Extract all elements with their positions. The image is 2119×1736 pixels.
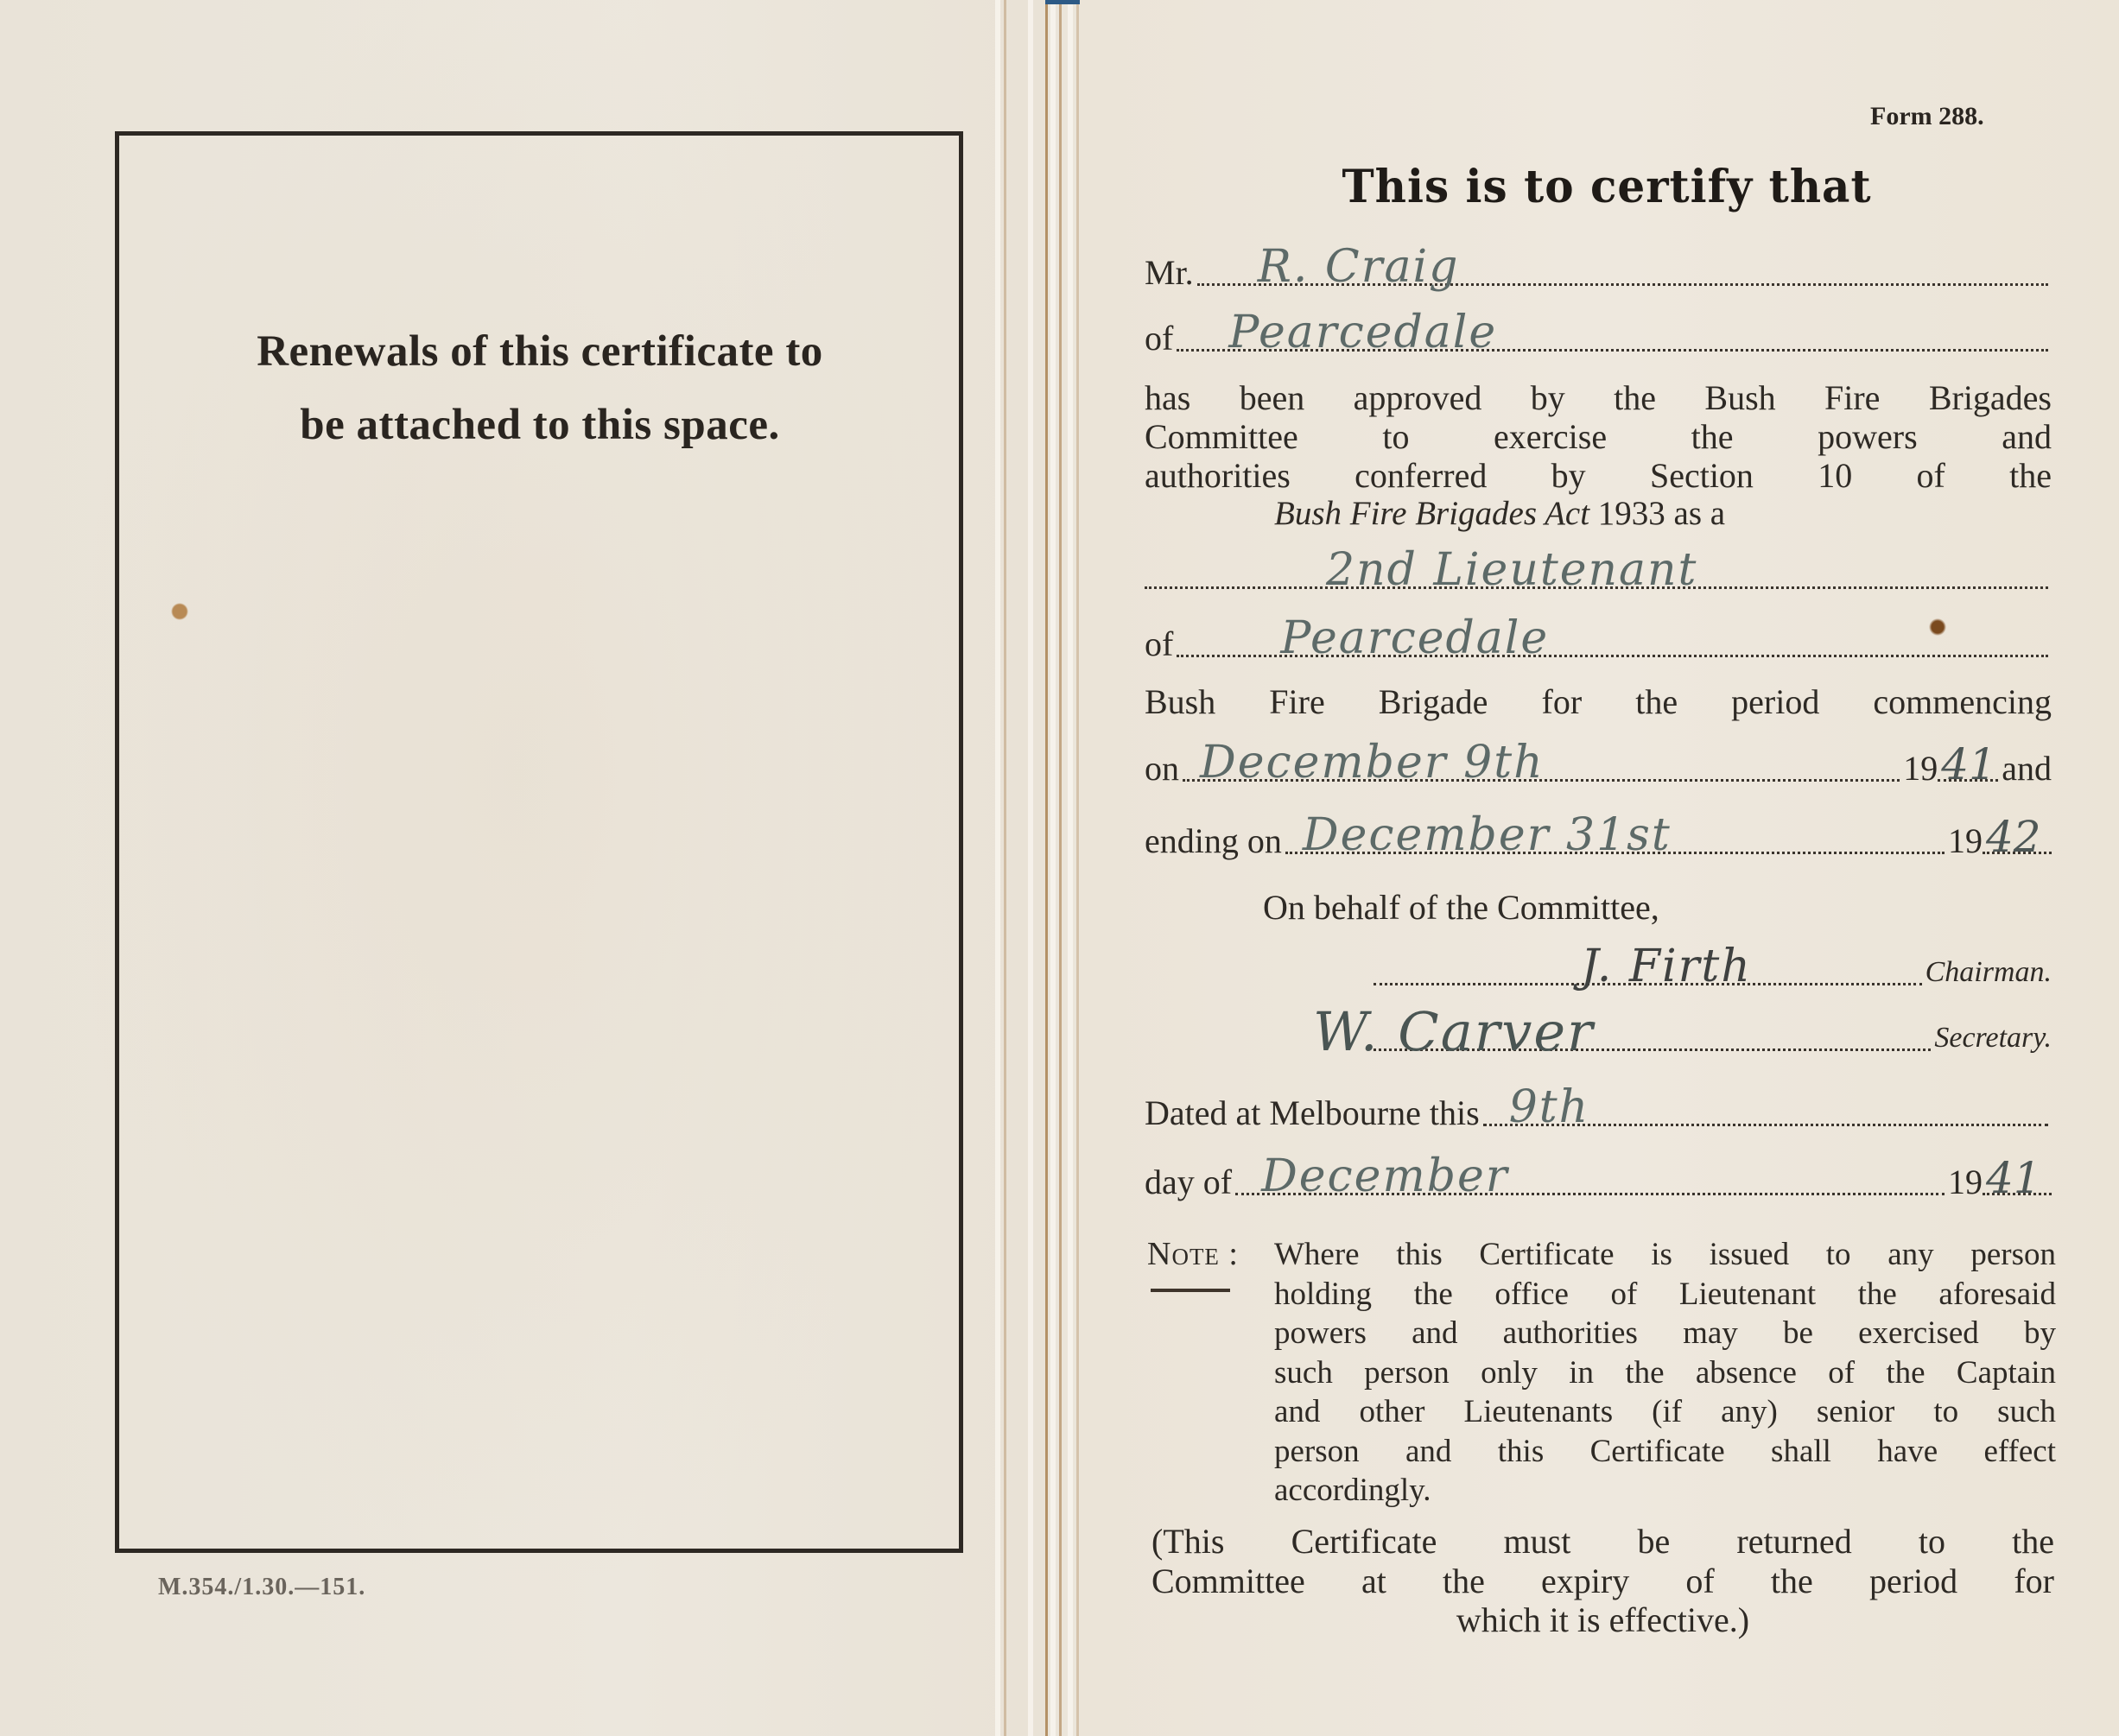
- field-ending-year-value: 42: [1986, 817, 2041, 857]
- act-reference: Bush Fire Brigades Act 1933 as a: [1274, 494, 1725, 533]
- field-ending-year-prefix: 19: [1948, 821, 1983, 861]
- field-day-of-year-line: 41: [1983, 1162, 2052, 1195]
- left-page: Renewals of this certificate to be attac…: [0, 0, 1045, 1736]
- field-rank-value: 2nd Lieutenant: [1326, 550, 1697, 590]
- return-instruction-line: which it is effective.): [1151, 1600, 2054, 1640]
- chairman-signature-line: J. Firth Chairman.: [1374, 952, 2052, 992]
- field-day-of-year-prefix: 19: [1948, 1163, 1983, 1202]
- field-day-of-label: day of: [1145, 1163, 1232, 1202]
- note-line: Where this Certificate is issued to any …: [1274, 1235, 2056, 1275]
- field-mr-label: Mr.: [1145, 253, 1194, 293]
- field-residence-line: Pearcedale: [1177, 318, 2048, 352]
- return-instruction-line: Committee at the expiry of the period fo…: [1151, 1562, 2054, 1601]
- field-dated-line: 9th: [1483, 1093, 2048, 1126]
- certificate-heading: This is to certify that: [1296, 160, 1918, 213]
- field-residence-label: of: [1145, 319, 1173, 358]
- field-commencing-year-line: 41: [1938, 748, 1998, 782]
- field-rank-line: 2nd Lieutenant: [1145, 555, 2048, 589]
- field-ending-year-line: 42: [1983, 820, 2052, 854]
- approval-text-line-2: Committee to exercise the powers and: [1145, 417, 2052, 456]
- note-line: holding the office of Lieutenant the afo…: [1274, 1275, 2056, 1315]
- note-underline: [1151, 1289, 1230, 1292]
- print-code: M.354./1.30.—151.: [158, 1574, 365, 1601]
- renewal-notice-line-1: Renewals of this certificate to: [155, 315, 924, 389]
- chairman-label: Chairman.: [1925, 953, 2052, 992]
- on-behalf-label: On behalf of the Committee,: [1263, 888, 1659, 928]
- chairman-signature-field: J. Firth: [1374, 952, 1922, 985]
- field-residence: of Pearcedale: [1145, 318, 2052, 358]
- note-line: powers and authorities may be exercised …: [1274, 1314, 2056, 1353]
- secretary-signature: W. Carver: [1313, 1012, 1595, 1052]
- field-commencing-year-value: 41: [1941, 744, 1996, 784]
- brigade-period-text: Bush Fire Brigade for the period commenc…: [1145, 682, 2052, 721]
- field-commencing-value: December 9th: [1200, 743, 1545, 782]
- note-line: such person only in the absence of the C…: [1274, 1353, 2056, 1393]
- secretary-signature-field: W. Carver: [1374, 1017, 1931, 1051]
- center-fold: [993, 0, 1088, 1736]
- return-instruction-line: (This Certificate must be returned to th…: [1151, 1522, 2054, 1562]
- field-dated-label: Dated at Melbourne this: [1145, 1093, 1480, 1133]
- form-number: Form 288.: [1870, 102, 1984, 131]
- field-brigade-value: Pearcedale: [1280, 618, 1549, 658]
- field-brigade-line: Pearcedale: [1177, 624, 2048, 657]
- field-mr-line: R. Craig: [1197, 252, 2048, 286]
- note-line: accordingly.: [1274, 1471, 2056, 1511]
- act-year: 1933 as a: [1589, 495, 1725, 532]
- field-commencing-label: on: [1145, 749, 1179, 789]
- field-ending-label: ending on: [1145, 821, 1282, 861]
- field-day-of: day of December 19 41: [1145, 1162, 2052, 1202]
- note-text: Where this Certificate is issued to any …: [1274, 1235, 2056, 1511]
- field-rank: 2nd Lieutenant: [1145, 555, 2052, 596]
- field-dated: Dated at Melbourne this 9th: [1145, 1093, 2052, 1133]
- field-brigade-label: of: [1145, 624, 1173, 664]
- field-ending-line: December 31st: [1285, 820, 1945, 854]
- secretary-label: Secretary.: [1934, 1018, 2052, 1058]
- field-dated-value: 9th: [1509, 1087, 1589, 1127]
- field-ending-value: December 31st: [1303, 815, 1672, 855]
- secretary-signature-line: W. Carver Secretary.: [1374, 1017, 2052, 1058]
- chairman-signature: J. Firth: [1581, 947, 1752, 986]
- note-heading: Note :: [1147, 1235, 1239, 1273]
- field-mr-value: R. Craig: [1258, 247, 1460, 287]
- field-commencing-and: and: [2002, 749, 2052, 789]
- note-line: and other Lieutenants (if any) senior to…: [1274, 1392, 2056, 1432]
- field-commencing-line: December 9th: [1183, 748, 1900, 782]
- on-behalf-text: On behalf of the Committee,: [1263, 888, 2040, 928]
- field-residence-value: Pearcedale: [1228, 313, 1497, 352]
- renewal-notice: Renewals of this certificate to be attac…: [155, 315, 924, 462]
- approval-text-line-3: authorities conferred by Section 10 of t…: [1145, 456, 2052, 495]
- field-day-of-year-value: 41: [1986, 1158, 2041, 1198]
- field-mr: Mr. R. Craig: [1145, 252, 2052, 293]
- field-commencing-year-prefix: 19: [1903, 749, 1938, 789]
- field-day-of-line: December: [1235, 1162, 1945, 1195]
- field-brigade: of Pearcedale: [1145, 624, 2052, 664]
- field-ending: ending on December 31st 19 42: [1145, 820, 2052, 861]
- note-line: person and this Certificate shall have e…: [1274, 1432, 2056, 1472]
- approval-text-line-1: has been approved by the Bush Fire Briga…: [1145, 378, 2052, 417]
- field-commencing: on December 9th 19 41 and: [1145, 748, 2052, 789]
- act-name: Bush Fire Brigades Act: [1274, 495, 1589, 532]
- renewal-notice-line-2: be attached to this space.: [155, 389, 924, 462]
- field-day-of-value: December: [1261, 1156, 1509, 1196]
- return-instruction: (This Certificate must be returned to th…: [1151, 1522, 2054, 1640]
